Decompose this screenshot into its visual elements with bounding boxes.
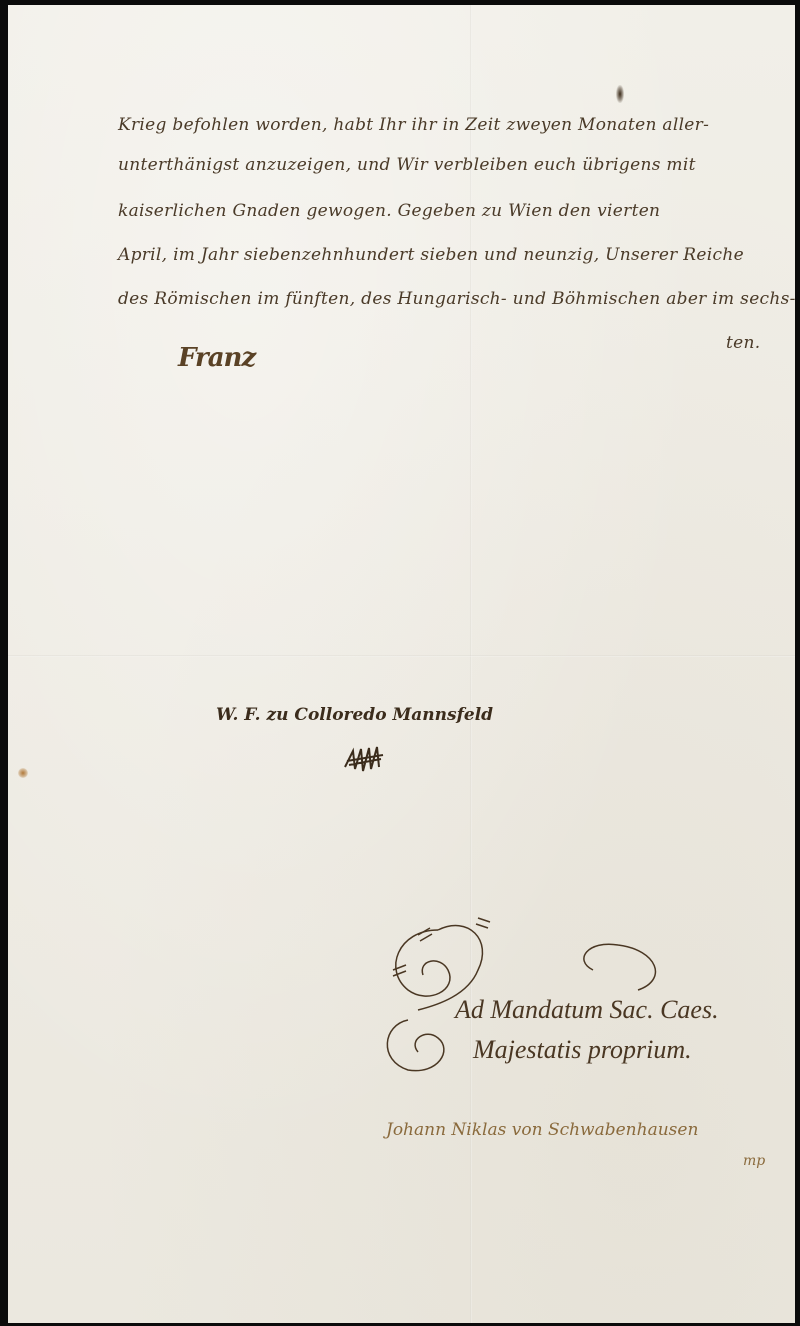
chancery-note-line-1: Ad Mandatum Sac. Caes.	[455, 995, 719, 1025]
body-line-1: Krieg befohlen worden, habt Ihr ihr in Z…	[118, 115, 709, 135]
document-page: Krieg befohlen worden, habt Ihr ihr in Z…	[8, 5, 795, 1323]
ink-blot	[616, 85, 624, 103]
secretary-mark: mp	[743, 1153, 765, 1169]
secretary-signature: Johann Niklas von Schwabenhausen	[386, 1120, 698, 1140]
body-line-5: des Römischen im fünften, des Hungarisch…	[118, 289, 795, 309]
body-line-2: unterthänigst anzuzeigen, und Wir verble…	[118, 155, 696, 175]
countersignature: W. F. zu Colloredo Mannsfeld	[216, 705, 493, 725]
emperor-signature: Franz	[178, 343, 255, 373]
horizontal-fold-crease	[8, 655, 795, 657]
foxing-stain	[18, 768, 28, 778]
body-line-6: ten.	[726, 333, 760, 353]
body-line-3: kaiserlichen Gnaden gewogen. Gegeben zu …	[118, 201, 660, 221]
paraph-scribble-icon	[343, 745, 388, 775]
chancery-note-line-2: Majestatis proprium.	[473, 1035, 692, 1065]
body-line-4: April, im Jahr siebenzehnhundert sieben …	[118, 245, 744, 265]
